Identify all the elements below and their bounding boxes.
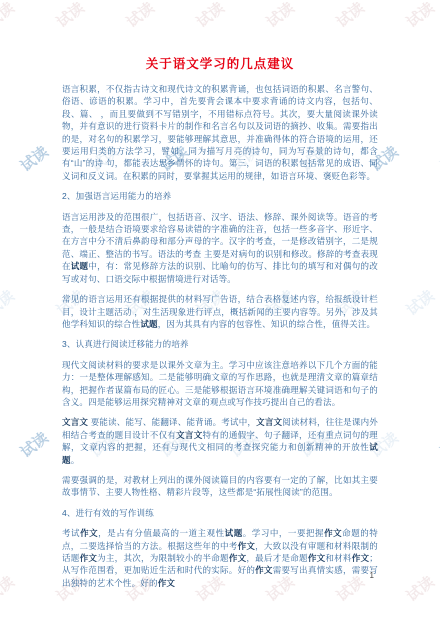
keyword-bold: 文言文 — [256, 417, 282, 427]
keyword-bold: 试题 — [140, 319, 157, 329]
page-title: 关于语文学习的几点建议 — [62, 54, 378, 72]
text-run: 和材料 — [325, 553, 351, 563]
section-heading: 2、加强语言运用能力的培养 — [62, 190, 378, 202]
text-run: 要能读、能写、能翻译、能背诵。考试中， — [88, 417, 256, 427]
section-heading: 3、认真进行阅读迁移能力的培养 — [62, 338, 378, 350]
keyword-bold: 作文 — [229, 553, 247, 563]
text-run: ，最后才是命题 — [246, 553, 307, 563]
keyword-bold: 作文 — [324, 528, 342, 538]
text-run: 。 — [71, 455, 80, 465]
watermark-text: 试读 — [402, 571, 439, 606]
paragraph: 需要强调的是，对教材上列出的课外阅读篇目的内容要有一定的了解，比如其主要故事情节… — [62, 474, 378, 499]
paragraph: 考试作文，是占有分值最高的一道主观性试题。学习中，一要把握作文命题的特点，二要选… — [62, 527, 378, 589]
watermark-text: 试读 — [262, 0, 299, 32]
keyword-bold: 作文 — [80, 528, 98, 538]
text-run: 考试 — [62, 528, 80, 538]
watermark-text: 试读 — [436, 427, 440, 462]
keyword-bold: 试题 — [71, 261, 89, 271]
page-number: 1 — [370, 571, 374, 580]
text-run: 语言积累，不仅指古诗文和现代诗文的积累背诵，也包括词语的积累、名言警句、俗语、谚… — [62, 84, 378, 181]
watermark-text: 试读 — [0, 0, 18, 32]
keyword-bold: 文言文 — [62, 417, 88, 427]
document-body: 语言积累，不仅指古诗文和现代诗文的积累背诵，也包括词语的积累、名言警句、俗语、谚… — [62, 83, 378, 589]
watermark-text: 试读 — [0, 285, 18, 320]
section-heading: 4、进行有效的写作训练 — [62, 507, 378, 519]
watermark-text: 试读 — [122, 0, 159, 32]
keyword-bold: 作文 — [352, 553, 370, 563]
text-run: 。学习中，一要把握 — [243, 528, 324, 538]
text-run: 现代文阅读材料的要求是以课外文章为主。学习中应该注意培养以下几个方面的能力：一是… — [62, 360, 378, 407]
watermark-text: 试读 — [436, 141, 440, 176]
watermark-text: 试读 — [332, 0, 369, 32]
text-run: 4、进行有效的写作训练 — [62, 508, 154, 518]
keyword-bold: 作文 — [308, 553, 326, 563]
paragraph: 语言积累，不仅指古诗文和现代诗文的积累背诵，也包括词语的积累、名言警句、俗语、谚… — [62, 83, 378, 182]
text-run: 需要强调的是，对教材上列出的课外阅读篇目的内容要有一定的了解，比如其主要故事情节… — [62, 475, 378, 497]
watermark-text: 试读 — [0, 571, 18, 606]
text-run: 2、加强语言运用能力的培养 — [62, 191, 171, 201]
keyword-bold: 文言文 — [176, 430, 202, 440]
watermark-text: 试读 — [52, 0, 89, 32]
paragraph: 现代文阅读材料的要求是以课外文章为主。学习中应该注意培养以下几个方面的能力：一是… — [62, 359, 378, 409]
text-run: 中，有：常见修辞方法的识别、比喻句的仿写、排比句的填写和对偶句的改写或对句、口语… — [62, 261, 378, 283]
keyword-bold: 作文 — [80, 553, 98, 563]
text-run: ，是占有分值最高的一道主观性 — [98, 528, 225, 538]
paragraph: 常见的语言运用还有根据提供的材料写广告语，结合表格复述内容，给报纸设计栏目，设计… — [62, 293, 378, 330]
text-run: 3、认真进行阅读迁移能力的培养 — [62, 339, 189, 349]
watermark-text: 试读 — [402, 285, 439, 320]
text-run: ，因为其具有内容的包容性、知识的综合性，值得关注。 — [158, 319, 376, 329]
text-run: 为主，其次，为限制较小的半命题 — [97, 553, 229, 563]
watermark-text: 试读 — [16, 427, 53, 462]
watermark-text: 试读 — [402, 0, 439, 32]
keyword-bold: 作文 — [255, 565, 273, 575]
paragraph: 文言文 要能读、能写、能翻译、能背诵。考试中，文言文阅读材料，往往是课内外相结合… — [62, 416, 378, 466]
keyword-bold: 作文 — [158, 578, 175, 588]
document-content: 关于语文学习的几点建议 语言积累，不仅指古诗文和现代诗文的积累背诵，也包括词语的… — [62, 54, 378, 597]
watermark-text: 试读 — [192, 0, 229, 32]
keyword-bold: 作文 — [238, 541, 256, 551]
keyword-bold: 试题 — [225, 528, 243, 538]
paragraph: 语言运用涉及的范围很广，包括语音、汉字、语法、修辞、课外阅读等。语音的考查，一般… — [62, 211, 378, 285]
watermark-text: 试读 — [16, 141, 53, 176]
document-page: 试读试读试读试读试读试读试读试读试读试读试读试读试读试读试读试读试读试读试读试读… — [0, 0, 440, 620]
